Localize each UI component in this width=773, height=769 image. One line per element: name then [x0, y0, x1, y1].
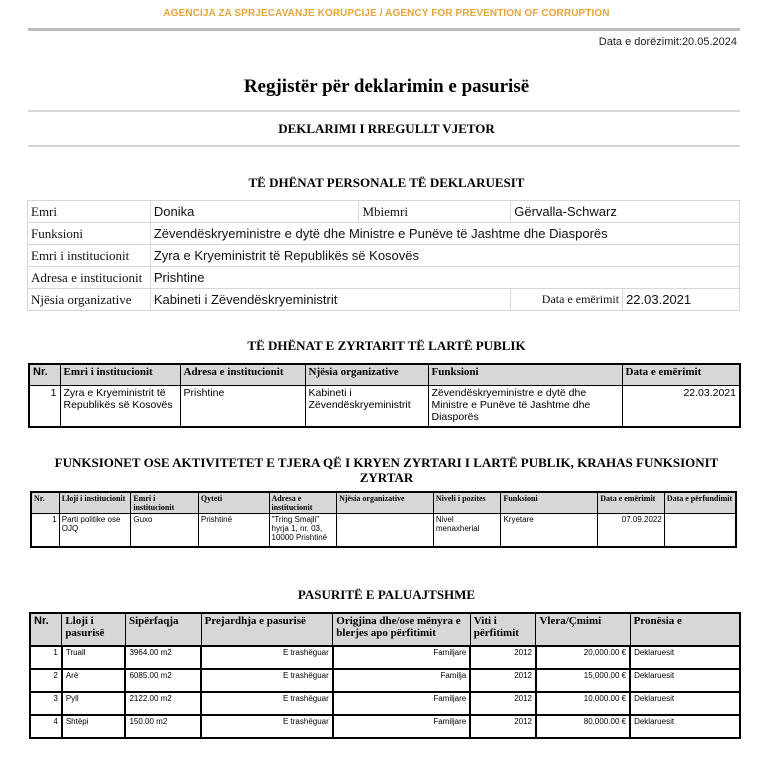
cell-year: 2012 — [470, 715, 536, 738]
function-value: Zëvendëskryeministre e dytë dhe Ministre… — [150, 223, 739, 245]
functions-section-title: FUNKSIONET OSE AKTIVITETET E TJERA QË I … — [0, 455, 773, 485]
official-data-table: Nr. Emri i institucionit Adresa e instit… — [28, 363, 741, 428]
table-row: 1Truall3964.00 m2E trashëguarFamiljare20… — [30, 646, 740, 669]
cell-origin: E trashëguar — [201, 669, 333, 692]
cell-value: 80,000.00 € — [536, 715, 630, 738]
agency-banner: AGENCIJA ZA SPRJECAVANJE KORUPCIJE / AGE… — [0, 8, 773, 19]
cell-name: Guxo — [131, 514, 199, 548]
cell-owner: Deklaruesit — [630, 669, 740, 692]
last-name-label: Mbiemri — [359, 201, 511, 223]
cell-source: Familja — [333, 669, 470, 692]
col-value: Vlera/Çmimi — [536, 613, 630, 646]
last-name-value: Gërvalla-Schwarz — [511, 201, 740, 223]
personal-data-table: Emri Donika Mbiemri Gërvalla-Schwarz Fun… — [27, 200, 740, 311]
appointment-date-label: Data e emërimit — [511, 289, 623, 311]
function-label: Funksioni — [28, 223, 151, 245]
cell-level: Nivel menaxherial — [433, 514, 501, 548]
immovable-assets-table: Nr. Lloji i pasurisë Sipërfaqja Prejardh… — [29, 612, 741, 739]
col-nr: Nr. — [30, 613, 62, 646]
cell-nr: 1 — [31, 514, 59, 548]
subtitle-divider — [28, 145, 740, 147]
col-start-date: Data e emërimit — [598, 492, 665, 514]
cell-source: Familjare — [333, 646, 470, 669]
first-name-value: Donika — [150, 201, 359, 223]
cell-year: 2012 — [470, 646, 536, 669]
cell-area: 2122.00 m2 — [125, 692, 201, 715]
cell-value: 15,000.00 € — [536, 669, 630, 692]
cell-owner: Deklaruesit — [630, 692, 740, 715]
row-function: Funksioni Zëvendëskryeministre e dytë dh… — [28, 223, 740, 245]
cell-function: Zëvendëskryeministre e dytë dhe Ministre… — [428, 386, 622, 428]
cell-nr: 4 — [30, 715, 62, 738]
row-institution: Emri i institucionit Zyra e Kryeministri… — [28, 245, 740, 267]
unit-label: Njësia organizative — [28, 289, 151, 311]
cell-origin: E trashëguar — [201, 646, 333, 669]
col-city: Qyteti — [198, 492, 269, 514]
cell-owner: Deklaruesit — [630, 715, 740, 738]
cell-value: 20,000.00 € — [536, 646, 630, 669]
cell-area: 3964.00 m2 — [125, 646, 201, 669]
assets-header-row: Nr. Lloji i pasurisë Sipërfaqja Prejardh… — [30, 613, 740, 646]
first-name-label: Emri — [28, 201, 151, 223]
title-divider — [28, 110, 740, 112]
col-name: Emri i institucionit — [131, 492, 199, 514]
col-origin: Prejardhja e pasurisë — [201, 613, 333, 646]
row-first-name: Emri Donika Mbiemri Gërvalla-Schwarz — [28, 201, 740, 223]
header-divider — [28, 28, 740, 31]
col-owner: Pronësia e — [630, 613, 740, 646]
cell-nr: 2 — [30, 669, 62, 692]
cell-type: Pyll — [62, 692, 126, 715]
appointment-date-value: 22.03.2021 — [623, 289, 740, 311]
table-row: 2Arë6085.00 m2E trashëguarFamilja201215,… — [30, 669, 740, 692]
col-institution: Emri i institucionit — [60, 364, 180, 386]
cell-source: Familjare — [333, 692, 470, 715]
table-row: 1 Zyra e Kryeministrit të Republikës së … — [29, 386, 740, 428]
cell-date: 22.03.2021 — [622, 386, 740, 428]
cell-unit: Kabineti i Zëvendëskryeministrit — [305, 386, 428, 428]
cell-value: 10,000.00 € — [536, 692, 630, 715]
col-nr: Nr. — [29, 364, 60, 386]
col-type: Lloji i institucionit — [59, 492, 131, 514]
col-address: Adresa e institucionit — [180, 364, 305, 386]
institution-value: Zyra e Kryeministrit të Republikës së Ko… — [150, 245, 739, 267]
col-year: Viti i përfitimit — [470, 613, 536, 646]
cell-area: 6085.00 m2 — [125, 669, 201, 692]
cell-end-date — [664, 514, 736, 548]
functions-header-row: Nr. Lloji i institucionit Emri i institu… — [31, 492, 736, 514]
official-section-title: TË DHËNAT E ZYRTARIT TË LARTË PUBLIK — [0, 338, 773, 354]
cell-type: Parti politike ose OJQ — [59, 514, 131, 548]
personal-section-title: TË DHËNAT PERSONALE TË DEKLARUESIT — [0, 175, 773, 191]
cell-owner: Deklaruesit — [630, 646, 740, 669]
col-source: Origjina dhe/ose mënyra e blerjes apo pë… — [333, 613, 470, 646]
col-function: Funksioni — [501, 492, 598, 514]
assets-section-title: PASURITË E PALUAJTSHME — [0, 587, 773, 603]
address-label: Adresa e institucionit — [28, 267, 151, 289]
cell-year: 2012 — [470, 692, 536, 715]
row-unit: Njësia organizative Kabineti i Zëvendësk… — [28, 289, 740, 311]
cell-nr: 3 — [30, 692, 62, 715]
col-address: Adresa e institucionit — [269, 492, 337, 514]
cell-year: 2012 — [470, 669, 536, 692]
cell-start-date: 07.09.2022 — [598, 514, 665, 548]
col-area: Sipërfaqja — [125, 613, 201, 646]
cell-nr: 1 — [30, 646, 62, 669]
cell-address: Prishtine — [180, 386, 305, 428]
cell-unit — [337, 514, 434, 548]
assets-body: 1Truall3964.00 m2E trashëguarFamiljare20… — [30, 646, 740, 738]
col-appointment-date: Data e emërimit — [622, 364, 740, 386]
col-end-date: Data e përfundimit — [664, 492, 736, 514]
cell-origin: E trashëguar — [201, 715, 333, 738]
col-function: Funksioni — [428, 364, 622, 386]
cell-source: Familjare — [333, 715, 470, 738]
table-row: 1 Parti politike ose OJQ Guxo Prishtinë … — [31, 514, 736, 548]
cell-type: Truall — [62, 646, 126, 669]
cell-institution: Zyra e Kryeministrit të Republikës së Ko… — [60, 386, 180, 428]
cell-type: Shtëpi — [62, 715, 126, 738]
table-row: 3Pyll2122.00 m2E trashëguarFamiljare2012… — [30, 692, 740, 715]
address-value: Prishtine — [150, 267, 739, 289]
col-type: Lloji i pasurisë — [62, 613, 126, 646]
cell-nr: 1 — [29, 386, 60, 428]
row-address: Adresa e institucionit Prishtine — [28, 267, 740, 289]
col-unit: Njësia organizative — [305, 364, 428, 386]
cell-function: Kryetare — [501, 514, 598, 548]
declaration-type: DEKLARIMI I RREGULLT VJETOR — [0, 121, 773, 137]
submission-date: Data e dorëzimit:20.05.2024 — [599, 36, 737, 48]
cell-city: Prishtinë — [198, 514, 269, 548]
cell-area: 150.00 m2 — [125, 715, 201, 738]
unit-value: Kabineti i Zëvendëskryeministrit — [150, 289, 510, 311]
other-functions-table: Nr. Lloji i institucionit Emri i institu… — [30, 491, 737, 548]
cell-origin: E trashëguar — [201, 692, 333, 715]
cell-type: Arë — [62, 669, 126, 692]
col-nr: Nr. — [31, 492, 59, 514]
official-header-row: Nr. Emri i institucionit Adresa e instit… — [29, 364, 740, 386]
col-unit: Njësia organizative — [337, 492, 434, 514]
page-title: Regjistër për deklarimin e pasurisë — [0, 76, 773, 98]
col-level: Niveli i pozites — [433, 492, 501, 514]
institution-label: Emri i institucionit — [28, 245, 151, 267]
table-row: 4Shtëpi150.00 m2E trashëguarFamiljare201… — [30, 715, 740, 738]
cell-address: "Tring Smajli" hyrja 1, nr. 03, 10000 Pr… — [269, 514, 337, 548]
